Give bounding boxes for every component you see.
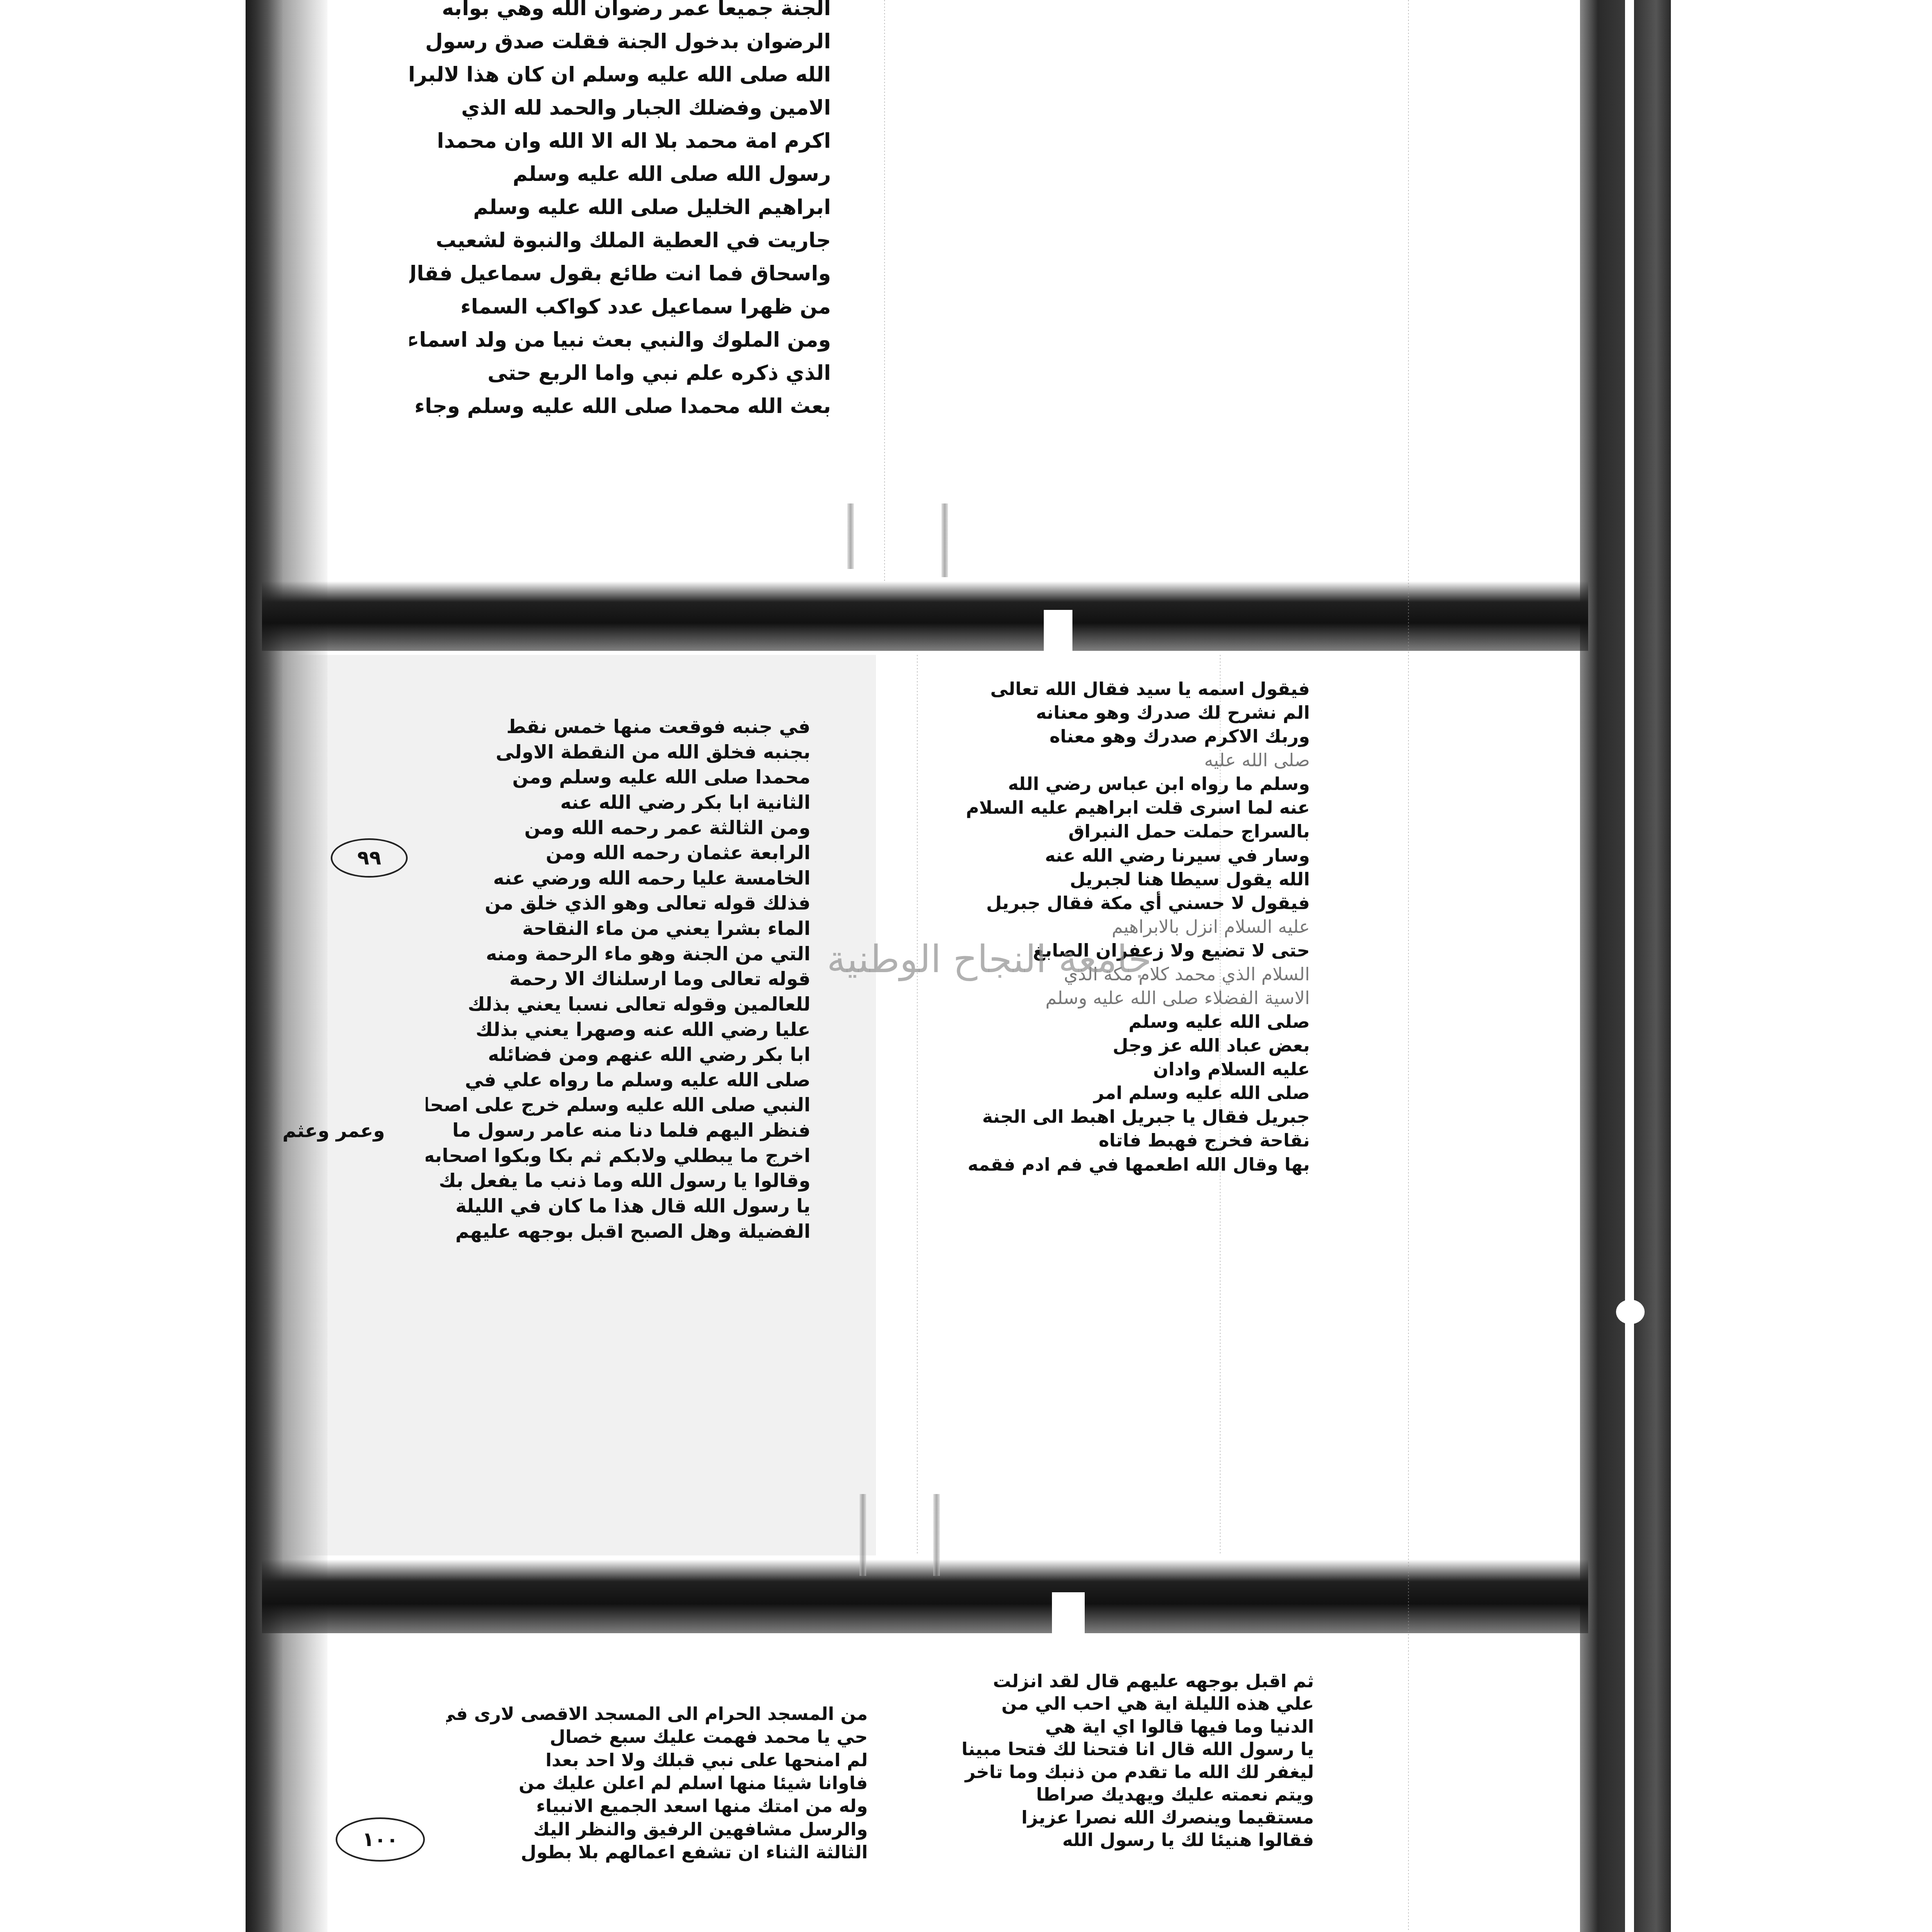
ruling-line [884,0,885,581]
manuscript-line: وله من امتك منها اسعد الجميع الانبياء [446,1795,868,1818]
manuscript-line: الثانية ابا بكر رضي الله عنه [426,790,810,815]
manuscript-line: وربك الاكرم صدرك وهو معناه [937,725,1310,749]
manuscript-line: عنه لما اسرى قلت ابراهيم عليه السلام [937,796,1310,820]
manuscript-line: عليا رضي الله عنه وصهرا يعني بذلك [426,1017,810,1043]
gutter-fold [941,503,948,577]
folio-number-text: ١٠٠ [362,1828,398,1851]
top-frame-page-text: الجنة جميعا عمر رضوان الله وهي بوابهالرض… [409,0,831,423]
folio-number-99: ٩٩ [331,838,408,878]
manuscript-line: فيقول لا حسني أي مكة فقال جبريل [937,892,1310,915]
manuscript-line: جبريل فقال يا جبريل اهبط الى الجنة [937,1105,1310,1129]
manuscript-line: صلى الله عليه وسلم [937,1010,1310,1034]
margin-note-text: وعمر وعثم [282,1119,385,1142]
manuscript-line: الاسية الفضلاء صلى الله عليه وسلم [937,986,1310,1010]
manuscript-line: جاريت في العطية الملك والنبوة لشعيب [409,224,831,257]
manuscript-line: للعالمين وقوله تعالى نسبا يعني بذلك [426,992,810,1017]
manuscript-line: بجنبه فخلق الله من النقطة الاولى [426,740,810,765]
manuscript-line: لم امنحها على نبي قبلك ولا احد بعدا [446,1749,868,1772]
manuscript-line: بالسراج حملت حمل النبراق [937,820,1310,844]
manuscript-line: فنظر اليهم فلما دنا منه عامر رسول ما [426,1118,810,1143]
manuscript-line: ثم اقبل بوجهه عليهم قال لقد انزلت [946,1670,1314,1693]
manuscript-line: الامين وفضلك الجبار والحمد لله الذي [409,91,831,124]
manuscript-line: والرسل مشافهين الرفيق والنظر اليك [446,1818,868,1841]
manuscript-line: حي يا محمد فهمت عليك سبع خصال [446,1726,868,1749]
film-sprocket-hole [1616,1300,1645,1324]
ruling-line [1408,0,1409,1932]
bar-notch-2 [1052,1592,1085,1637]
manuscript-line: مستقيما وينصرك الله نصرا عزيزا [946,1806,1314,1829]
manuscript-line: صلى الله عليه [937,749,1310,772]
margin-note: وعمر وعثم [282,1119,385,1142]
manuscript-line: ويتم نعمته عليك ويهديك صراطا [946,1783,1314,1806]
manuscript-line: فذلك قوله تعالى وهو الذي خلق من [426,891,810,916]
manuscript-line: وسلم ما رواه ابن عباس رضي الله [937,772,1310,796]
folio-number-text: ٩٩ [357,846,381,869]
manuscript-line: الله صلى الله عليه وسلم ان كان هذا لالبر… [409,58,831,91]
gutter-fold [847,503,854,569]
gutter-fold [860,1494,866,1576]
manuscript-line: عليه السلام وادان [937,1058,1310,1081]
manuscript-line: صلى الله عليه وسلم امر [937,1081,1310,1105]
manuscript-line: الماء بشرا يعني من ماء النقاحة [426,916,810,941]
manuscript-line: فاوانا شيئا منها اسلم لم اعلن عليك من [446,1772,868,1795]
watermark-an-najah-university: جامعة النجاح الوطنية [827,937,1152,981]
manuscript-line: الفضيلة وهل الصبح اقبل بوجهه عليهم [426,1219,810,1244]
manuscript-line: بعض عباد الله عز وجل [937,1034,1310,1058]
manuscript-line: الله يقول سيطا هنا لجبريل [937,868,1310,892]
manuscript-line: الرضوان بدخول الجنة فقلت صدق رسول [409,25,831,58]
manuscript-line: الرابعة عثمان رحمه الله ومن [426,840,810,866]
manuscript-line: وقالوا يا رسول الله وما ذنب ما يفعل بك [426,1168,810,1194]
film-edge-gap [1625,0,1634,1932]
manuscript-line: ابراهيم الخليل صلى الله عليه وسلم [409,191,831,224]
manuscript-line: بها وقال الله اطعمها في فم ادم فقمه [937,1153,1310,1177]
manuscript-line: قوله تعالى وما ارسلناك الا رحمة [426,966,810,992]
manuscript-line: عليه السلام انزل بالابراهيم [937,915,1310,939]
film-edge-right-inner [1580,0,1625,1932]
manuscript-line: صلى الله عليه وسلم ما رواه علي في [426,1068,810,1093]
ruling-line [917,655,918,1555]
gutter-fold [933,1494,940,1576]
manuscript-line: التي من الجنة وهو ماء الرحمة ومنه [426,941,810,967]
manuscript-line: النبي صلى الله عليه وسلم خرج على اصحابه [426,1092,810,1118]
manuscript-line: واسحاق فما انت طائع بقول سماعيل فقال [409,257,831,290]
frame-divider-bar-2 [262,1560,1588,1633]
middle-right-page-text: فيقول اسمه يا سيد فقال الله تعالىالم نشر… [937,677,1310,1177]
manuscript-line: يا رسول الله قال هذا ما كان في الليلة [426,1194,810,1219]
manuscript-line: اكرم امة محمد بلا اله الا الله وان محمدا [409,124,831,158]
film-edge-left [246,0,282,1932]
manuscript-line: فيقول اسمه يا سيد فقال الله تعالى [937,677,1310,701]
bottom-right-page-text: ثم اقبل بوجهه عليهم قال لقد انزلتعلي هذه… [946,1670,1314,1852]
manuscript-line: ليغفر لك الله ما تقدم من ذنبك وما تاخر [946,1761,1314,1783]
middle-left-page-text: في جنبه فوقعت منها خمس نقطبجنبه فخلق الل… [426,714,810,1244]
manuscript-line: الخامسة عليا رحمه الله ورضي عنه [426,866,810,891]
manuscript-line: رسول الله صلى الله عليه وسلم [409,158,831,191]
manuscript-line: من المسجد الحرام الى المسجد الاقصى لارى … [446,1703,868,1726]
manuscript-line: بعث الله محمدا صلى الله عليه وسلم وجاء ب… [409,390,831,423]
manuscript-line: ومن الثالثة عمر رحمه الله ومن [426,815,810,841]
manuscript-line: علي هذه الليلة اية هي احب الي من [946,1693,1314,1715]
manuscript-line: الم نشرح لك صدرك وهو معنانه [937,701,1310,725]
manuscript-line: ومن الملوك والنبي بعث نبيا من ولد اسماعي… [409,323,831,357]
manuscript-line: الثالثة الثناء ان تشفع اعمالهم بلا بطول [446,1841,868,1864]
manuscript-line: يا رسول الله قال انا فتحنا لك فتحا مبينا [946,1738,1314,1760]
bar-notch-1 [1044,610,1072,663]
manuscript-line: نقاحة فخرج فهبط فاتاه [937,1129,1310,1153]
manuscript-line: اخرج ما يبطلي ولابكم ثم بكا وبكوا اصحابه [426,1143,810,1169]
manuscript-line: الذي ذكره علم نبي واما الربع حتى [409,357,831,390]
manuscript-line: الدنيا وما فيها قالوا اي اية هي [946,1715,1314,1738]
manuscript-line: ابا بكر رضي الله عنهم ومن فضائله [426,1042,810,1068]
frame-divider-bar-1 [262,581,1588,651]
manuscript-line: محمدا صلى الله عليه وسلم ومن [426,765,810,790]
manuscript-line: من ظهرا سماعيل عدد كواكب السماء [409,290,831,323]
bottom-left-page-text: من المسجد الحرام الى المسجد الاقصى لارى … [446,1703,868,1864]
folio-number-100: ١٠٠ [336,1817,425,1862]
film-edge-right-outer [1634,0,1671,1932]
manuscript-line: فقالوا هنيئا لك يا رسول الله [946,1829,1314,1851]
manuscript-line: وسار في سيرنا رضي الله عنه [937,844,1310,868]
manuscript-line: في جنبه فوقعت منها خمس نقط [426,714,810,740]
manuscript-line: الجنة جميعا عمر رضوان الله وهي بوابه [409,0,831,25]
